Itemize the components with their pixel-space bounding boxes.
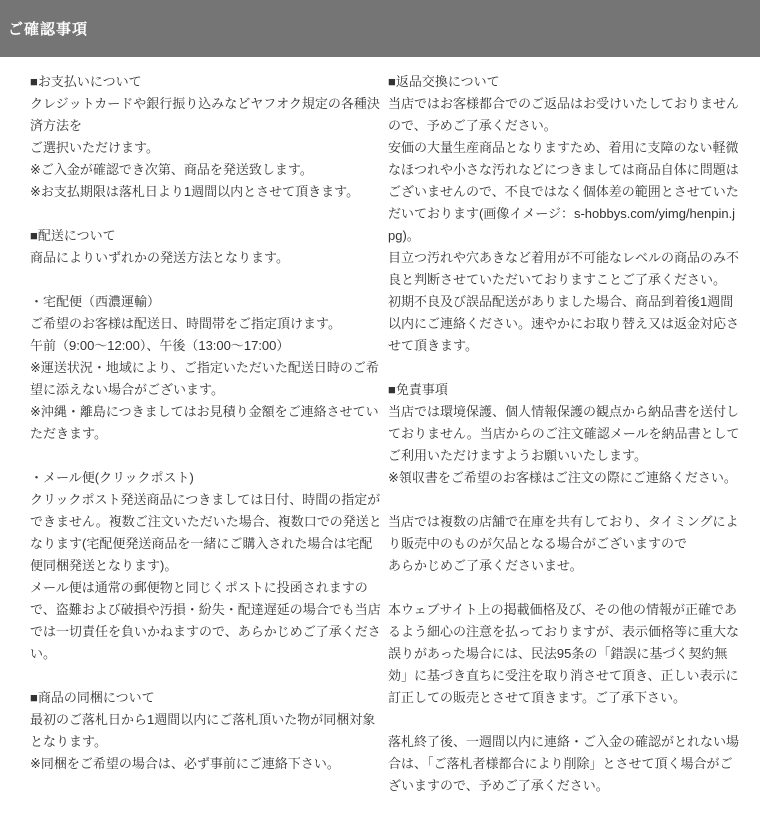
text-line: 当店ではお客様都合でのご返品はお受けいたしておりませんので、予めご了承ください。 (388, 93, 740, 137)
text-line: 安価の大量生産商品となりますため、着用に支障のない軽微なほつれや小さな汚れなどに… (388, 137, 740, 247)
section-block: 当店では複数の店舗で在庫を共有しており、タイミングにより販売中のものが欠品となる… (388, 511, 740, 577)
right-column: ■返品交換について 当店ではお客様都合でのご返品はお受けいたしておりませんので、… (388, 71, 740, 797)
section-block: ■商品の同梱について 最初のご落札日から1週間以内にご落札頂いた物が同梱対象とな… (30, 687, 382, 775)
text-line: 落札終了後、一週間以内に連絡・ご入金の確認がとれない場合は、「ご落札者様都合によ… (388, 731, 740, 797)
section-heading: ■返品交換について (388, 71, 740, 93)
text-line: 当店では複数の店舗で在庫を共有しており、タイミングにより販売中のものが欠品となる… (388, 511, 740, 555)
section-lines: ・宅配便（西濃運輸）ご希望のお客様は配送日、時間帯をご指定頂けます。午前（9:0… (30, 291, 382, 445)
section-lines: 当店では環境保護、個人情報保護の観点から納品書を送付しておりません。当店からのご… (388, 401, 740, 489)
section-lines: 本ウェブサイト上の掲載価格及び、その他の情報が正確であるよう細心の注意を払ってお… (388, 599, 740, 709)
left-column: ■お支払いについて クレジットカードや銀行振り込みなどヤフオク規定の各種決済方法… (30, 71, 382, 797)
text-line: メール便は通常の郵便物と同じくポストに投函されますので、盗難および破損や汚損・紛… (30, 577, 382, 665)
text-line: 商品によりいずれかの発送方法となります。 (30, 247, 382, 269)
text-line: ・メール便(クリックポスト) (30, 467, 382, 489)
section-heading: ■免責事項 (388, 379, 740, 401)
section-lines: 落札終了後、一週間以内に連絡・ご入金の確認がとれない場合は、「ご落札者様都合によ… (388, 731, 740, 797)
text-line: 最初のご落札日から1週間以内にご落札頂いた物が同梱対象となります。 (30, 709, 382, 753)
text-line: 初期不良及び誤品配送がありました場合、商品到着後1週間以内にご連絡ください。速や… (388, 291, 740, 357)
text-line: ※運送状況・地域により、ご指定いただいた配送日時のご希望に添えない場合がございま… (30, 357, 382, 401)
page-title: ご確認事項 (8, 18, 88, 39)
text-line: 本ウェブサイト上の掲載価格及び、その他の情報が正確であるよう細心の注意を払ってお… (388, 599, 740, 709)
section-block: ・メール便(クリックポスト)クリックポスト発送商品につきましては日付、時間の指定… (30, 467, 382, 665)
text-line: ※領収書をご希望のお客様はご注文の際にご連絡ください。 (388, 467, 740, 489)
section-block: 落札終了後、一週間以内に連絡・ご入金の確認がとれない場合は、「ご落札者様都合によ… (388, 731, 740, 797)
content: ■お支払いについて クレジットカードや銀行振り込みなどヤフオク規定の各種決済方法… (0, 57, 760, 827)
section-lines: 商品によりいずれかの発送方法となります。 (30, 247, 382, 269)
text-line: クリックポスト発送商品につきましては日付、時間の指定ができません。複数ご注文いた… (30, 489, 382, 577)
section-lines: クレジットカードや銀行振り込みなどヤフオク規定の各種決済方法をご選択いただけます… (30, 93, 382, 203)
section-heading: ■お支払いについて (30, 71, 382, 93)
text-line: ※同梱をご希望の場合は、必ず事前にご連絡下さい。 (30, 753, 382, 775)
text-line: 午前（9:00～12:00）、午後（13:00～17:00） (30, 335, 382, 357)
section-block: ■返品交換について 当店ではお客様都合でのご返品はお受けいたしておりませんので、… (388, 71, 740, 357)
section-lines: 最初のご落札日から1週間以内にご落札頂いた物が同梱対象となります。※同梱をご希望… (30, 709, 382, 775)
section-block: ■お支払いについて クレジットカードや銀行振り込みなどヤフオク規定の各種決済方法… (30, 71, 382, 203)
section-lines: 当店では複数の店舗で在庫を共有しており、タイミングにより販売中のものが欠品となる… (388, 511, 740, 577)
text-line: あらかじめご了承くださいませ。 (388, 555, 740, 577)
text-line: ※お支払期限は落札日より1週間以内とさせて頂きます。 (30, 181, 382, 203)
section-block: ■配送について 商品によりいずれかの発送方法となります。 (30, 225, 382, 269)
text-line: クレジットカードや銀行振り込みなどヤフオク規定の各種決済方法を (30, 93, 382, 137)
section-lines: ・メール便(クリックポスト)クリックポスト発送商品につきましては日付、時間の指定… (30, 467, 382, 665)
section-lines: 当店ではお客様都合でのご返品はお受けいたしておりませんので、予めご了承ください。… (388, 93, 740, 357)
section-block: 本ウェブサイト上の掲載価格及び、その他の情報が正確であるよう細心の注意を払ってお… (388, 599, 740, 709)
text-line: ※沖縄・離島につきましてはお見積り金額をご連絡させていただきます。 (30, 401, 382, 445)
section-block: ・宅配便（西濃運輸）ご希望のお客様は配送日、時間帯をご指定頂けます。午前（9:0… (30, 291, 382, 445)
text-line: ・宅配便（西濃運輸） (30, 291, 382, 313)
text-line: ※ご入金が確認でき次第、商品を発送致します。 (30, 159, 382, 181)
section-heading: ■配送について (30, 225, 382, 247)
text-line: 当店では環境保護、個人情報保護の観点から納品書を送付しておりません。当店からのご… (388, 401, 740, 467)
text-line: 目立つ汚れや穴あきなど着用が不可能なレベルの商品のみ不良と判断させていただいてお… (388, 247, 740, 291)
text-line: ご選択いただけます。 (30, 137, 382, 159)
page-header: ご確認事項 (0, 0, 760, 57)
section-heading: ■商品の同梱について (30, 687, 382, 709)
section-block: ■免責事項 当店では環境保護、個人情報保護の観点から納品書を送付しておりません。… (388, 379, 740, 489)
text-line: ご希望のお客様は配送日、時間帯をご指定頂けます。 (30, 313, 382, 335)
